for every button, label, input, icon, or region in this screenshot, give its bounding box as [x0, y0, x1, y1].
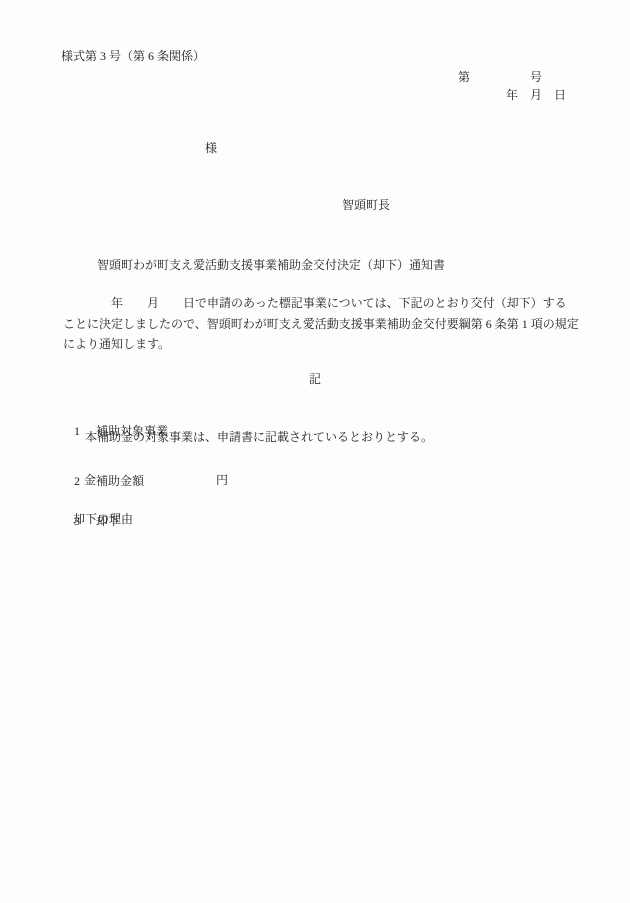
item-3-body: 却下の理由 [73, 512, 133, 526]
record-marker: 記 [0, 372, 630, 386]
body-paragraph-line-3: により通知します。 [63, 337, 170, 351]
document-title: 智頭町わが町支え愛活動支援事業補助金交付決定（却下）通知書 [97, 258, 445, 272]
item-2-body: 金 円 [84, 473, 228, 487]
item-1-body: 本補助金の対象事業は、申請書に記載されているとおりとする。 [85, 430, 433, 444]
body-paragraph-line-1: 年 月 日で申請のあった標記事業については、下記のとおり交付（却下）する [63, 296, 567, 310]
body-paragraph-line-2: ことに決定しましたので、智頭町わが町支え愛活動支援事業補助金交付要綱第 6 条第… [63, 317, 579, 331]
form-number: 様式第 3 号（第 6 条関係） [61, 49, 205, 63]
document-page: 様式第 3 号（第 6 条関係） 第 号 年 月 日 様 智頭町長 智頭町わが町… [0, 0, 630, 903]
document-number-line: 第 号 [458, 70, 542, 84]
recipient-honorific: 様 [205, 141, 217, 155]
sender-name: 智頭町長 [342, 198, 390, 212]
date-line: 年 月 日 [506, 88, 566, 102]
